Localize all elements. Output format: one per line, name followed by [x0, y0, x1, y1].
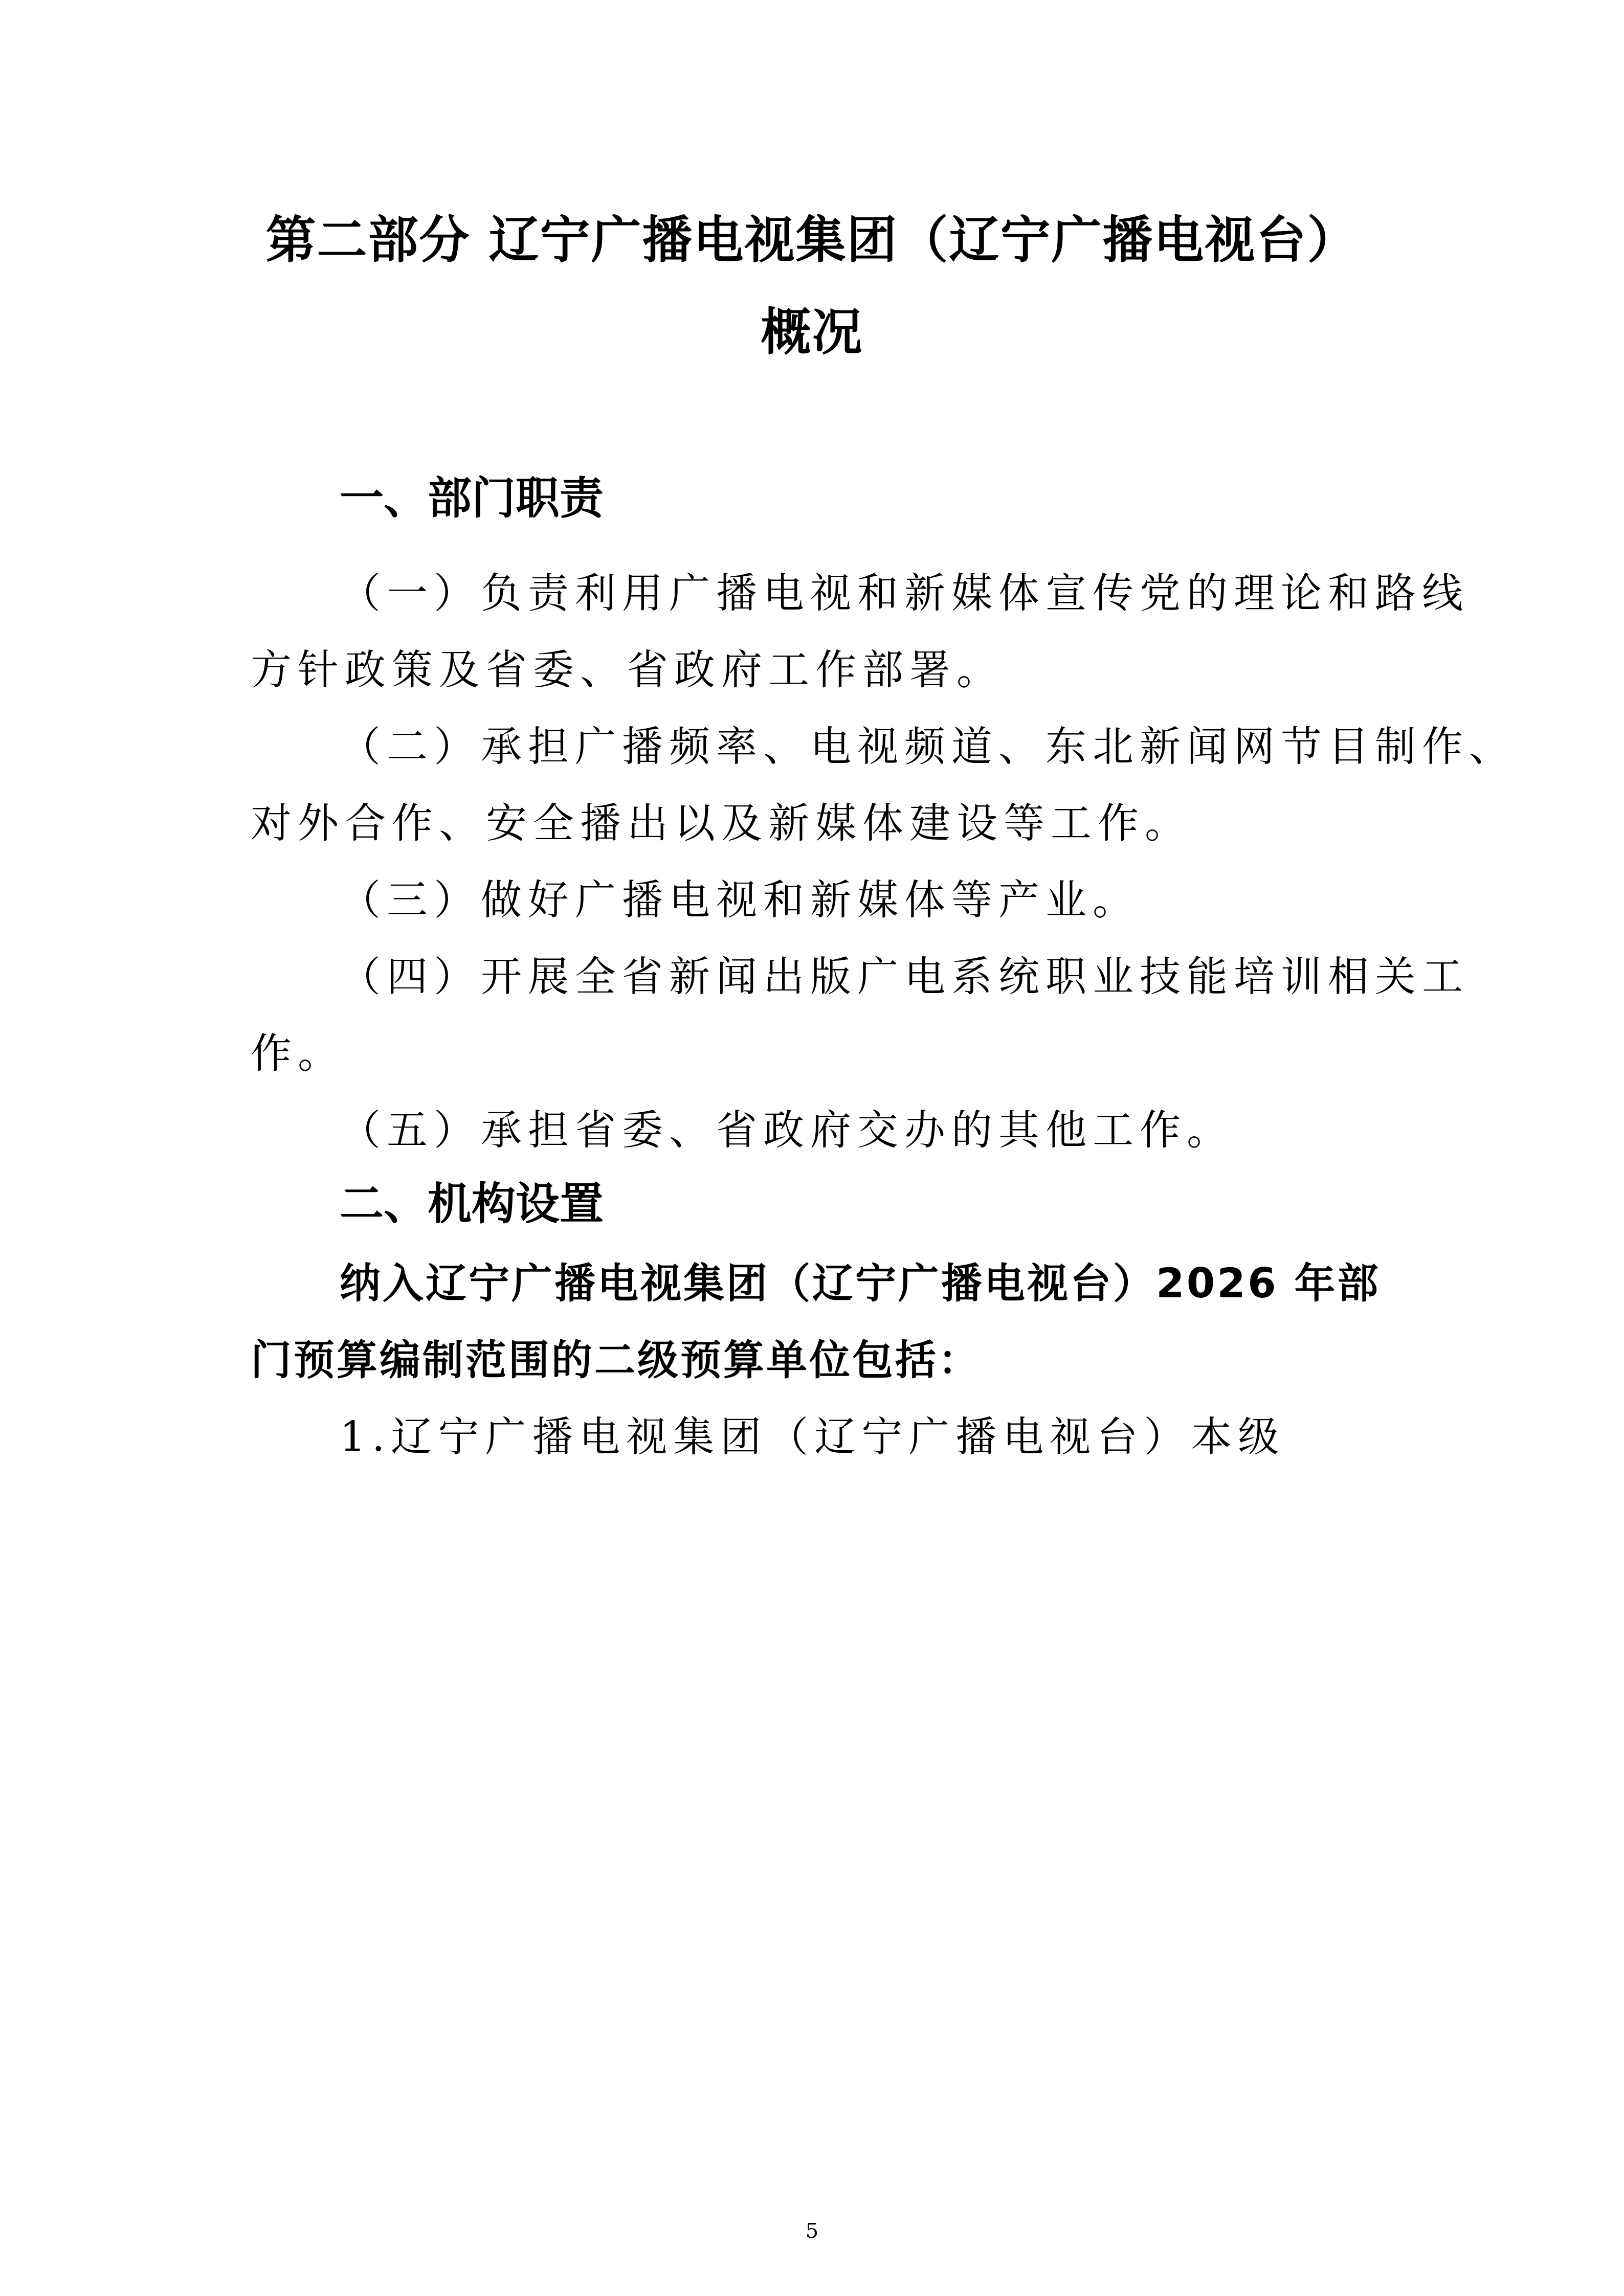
duty-line-6: （四）开展全省新闻出版广电系统职业技能培训相关工	[340, 949, 1396, 1005]
page-title-line1: 第二部分 辽宁广播电视集团（辽宁广播电视台）	[0, 210, 1624, 271]
duty-line-2: 方针政策及省委、省政府工作部署。	[251, 642, 1396, 698]
duty-line-5: （三）做好广播电视和新媒体等产业。	[340, 872, 1396, 928]
document-page: 第二部分 辽宁广播电视集团（辽宁广播电视台） 概况 一、部门职责 （一）负责利用…	[0, 0, 1624, 2296]
org-unit-item-1: 1.辽宁广播电视集团（辽宁广播电视台）本级	[340, 1409, 1396, 1465]
duty-line-4: 对外合作、安全播出以及新媒体建设等工作。	[251, 795, 1396, 851]
page-number: 5	[0, 2219, 1624, 2243]
duty-line-7: 作。	[251, 1025, 1396, 1082]
org-intro-line-1: 纳入辽宁广播电视集团（辽宁广播电视台）2026 年部	[340, 1255, 1396, 1312]
duty-line-3: （二）承担广播频率、电视频道、东北新闻网节目制作、	[340, 718, 1396, 775]
page-title-line2: 概况	[0, 302, 1624, 363]
duty-line-8: （五）承担省委、省政府交办的其他工作。	[340, 1102, 1396, 1158]
section-heading-organization: 二、机构设置	[340, 1176, 604, 1232]
section-heading-duties: 一、部门职责	[340, 470, 604, 527]
org-intro-line-2: 门预算编制范围的二级预算单位包括：	[251, 1332, 1396, 1388]
duty-line-1: （一）负责利用广播电视和新媒体宣传党的理论和路线	[340, 565, 1396, 621]
